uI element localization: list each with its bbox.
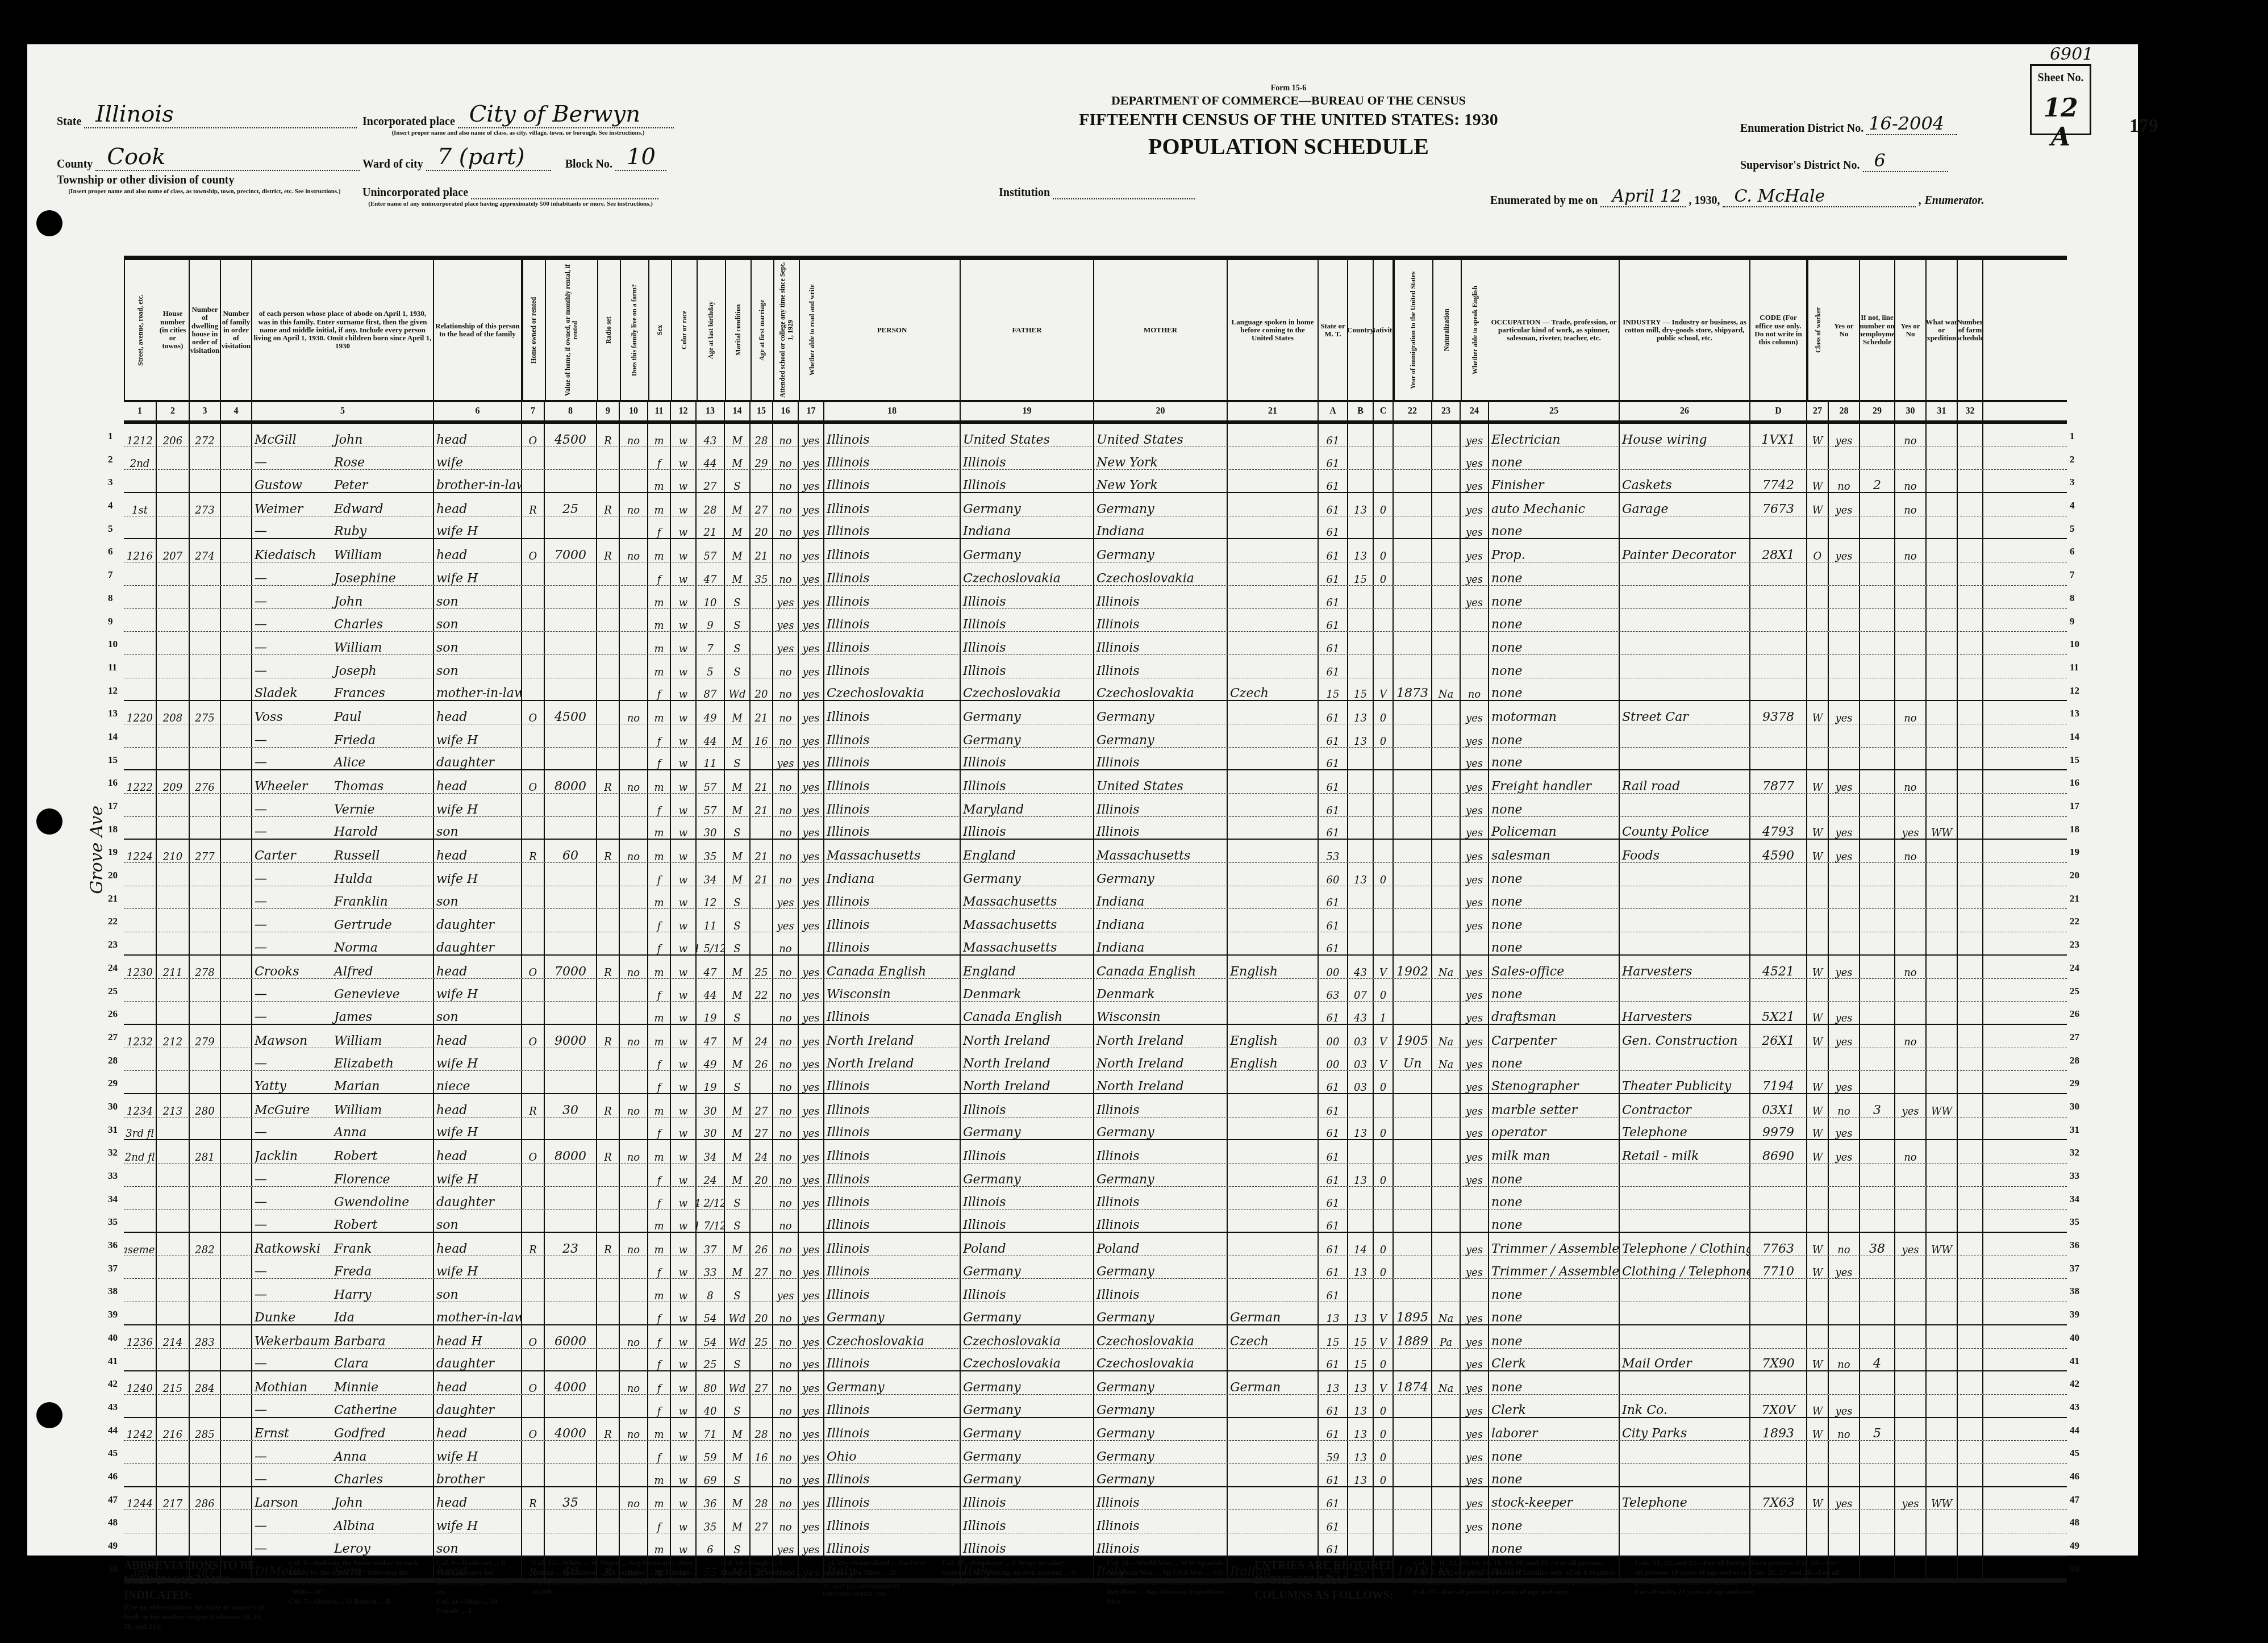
immig-cell (1394, 424, 1432, 447)
age-cell: 47 (697, 1025, 725, 1048)
war-cell (1927, 424, 1958, 447)
relation-cell: daughter (434, 909, 522, 932)
read-cell: yes (799, 470, 824, 492)
line-number: 10 (108, 639, 118, 650)
school-cell: no (773, 701, 799, 724)
vet-cell (1895, 724, 1927, 747)
bp-person-cell: Illinois (824, 701, 961, 724)
given-name: William (334, 549, 382, 562)
age-marr-cell: 21 (751, 840, 773, 862)
cC-cell: 0 (1374, 1117, 1394, 1140)
work-cell (1829, 1302, 1860, 1324)
house-cell: 215 (157, 1371, 190, 1394)
bp-person-cell: Illinois (824, 1210, 961, 1232)
immig-cell (1394, 562, 1432, 585)
english-cell: yes (1461, 794, 1489, 816)
relation-cell: wife H (434, 724, 522, 747)
radio-cell: R (597, 1418, 620, 1441)
tongue-cell: Czech (1228, 1325, 1319, 1348)
bp-mother-cell: Illinois (1094, 609, 1228, 632)
bp-mother-cell: Illinois (1094, 794, 1228, 816)
dwelling-cell: 281 (190, 1140, 221, 1163)
class-cell: W (1807, 493, 1829, 516)
bp-mother-cell: Illinois (1094, 817, 1228, 839)
unemp-cell: 5 (1860, 1418, 1895, 1441)
code-cell (1750, 886, 1807, 909)
age-cell: 57 (697, 794, 725, 816)
cA-cell: 61 (1319, 1140, 1348, 1163)
cA-cell: 61 (1319, 632, 1348, 654)
bp-father-cell: Maryland (961, 794, 1094, 816)
owned-cell: O (522, 1140, 545, 1163)
tongue-cell (1228, 1256, 1319, 1279)
name-cell: DunkeIda (252, 1302, 434, 1324)
vet-cell (1895, 562, 1927, 585)
line-number: 45 (108, 1448, 118, 1459)
instructions-footer: ABBREVIATIONS TO BE USED IN COLUMNS INDI… (124, 1558, 2067, 1609)
war-cell (1927, 1187, 1958, 1210)
relation-cell: son (434, 609, 522, 632)
enumerated-field: Enumerated by me on April 12 , 1930, C. … (1490, 186, 1984, 207)
vet-cell (1895, 1256, 1927, 1279)
vet-cell: no (1895, 770, 1927, 793)
column-number: 14 (725, 402, 751, 420)
enumerator-name: C. McHale (1723, 186, 1825, 206)
school-cell: yes (773, 909, 799, 932)
relation-cell: mother-in-law (434, 1302, 522, 1324)
vet-cell (1895, 794, 1927, 816)
war-cell (1927, 863, 1958, 886)
radio-cell (597, 678, 620, 700)
dwelling-cell: 276 (190, 770, 221, 793)
radio-cell: R (597, 424, 620, 447)
farm-cell: no (620, 1325, 648, 1348)
work-cell (1829, 1371, 1860, 1394)
line-number: 36 (2070, 1240, 2079, 1251)
table-row: 1010—Williamsonmw7SyesyesIllinoisIllinoi… (124, 632, 2067, 655)
english-cell (1461, 609, 1489, 632)
family-cell (221, 724, 252, 747)
bp-person-cell: Illinois (824, 424, 961, 447)
owned-cell: R (522, 840, 545, 862)
line-number: 15 (2070, 754, 2079, 766)
class-cell: W (1807, 424, 1829, 447)
line-number: 46 (2070, 1471, 2079, 1482)
natur-cell (1432, 1187, 1461, 1210)
cA-cell: 61 (1319, 1071, 1348, 1093)
vet-cell (1895, 863, 1927, 886)
work-cell (1829, 1325, 1860, 1348)
read-cell (799, 1210, 824, 1232)
race-cell: w (671, 1117, 697, 1140)
code-cell: 4793 (1750, 817, 1807, 839)
owned-cell (522, 1533, 545, 1556)
farm-cell (620, 516, 648, 539)
age-cell: 47 (697, 562, 725, 585)
line-number: 11 (108, 662, 117, 673)
family-cell (221, 609, 252, 632)
occupation-cell: Trimmer / Assembler (1489, 1233, 1620, 1256)
unemp-cell (1860, 956, 1895, 978)
tongue-cell: English (1228, 956, 1319, 978)
age-marr-cell (751, 817, 773, 839)
family-cell (221, 1210, 252, 1232)
immig-cell (1394, 1279, 1432, 1302)
race-cell: w (671, 632, 697, 654)
vet-cell (1895, 1325, 1927, 1348)
family-cell (221, 863, 252, 886)
given-name: Thomas (334, 781, 383, 793)
incorporated-place-value: City of Berwyn (458, 101, 640, 127)
farm-cell (620, 655, 648, 678)
bp-mother-cell: Canada English (1094, 956, 1228, 978)
house-cell (157, 447, 190, 470)
sex-cell: m (648, 632, 671, 654)
farm-sched-cell (1958, 1164, 1983, 1186)
cC-cell: 1 (1374, 1002, 1394, 1024)
war-cell (1927, 1371, 1958, 1394)
tongue-cell (1228, 424, 1319, 447)
race-cell: w (671, 1071, 697, 1093)
work-cell: yes (1829, 1071, 1860, 1093)
farm-cell: no (620, 1233, 648, 1256)
cC-cell (1374, 840, 1394, 862)
radio-cell (597, 1325, 620, 1348)
class-cell: W (1807, 1487, 1829, 1510)
house-cell (157, 1464, 190, 1486)
work-cell: yes (1829, 1025, 1860, 1048)
age-marr-cell: 28 (751, 1418, 773, 1441)
immig-cell (1394, 516, 1432, 539)
class-cell (1807, 1533, 1829, 1556)
line-number: 37 (2070, 1263, 2079, 1274)
natur-cell (1432, 701, 1461, 724)
farm-cell (620, 1210, 648, 1232)
vet-cell: no (1895, 840, 1927, 862)
farm-cell (620, 748, 648, 770)
surname: — (255, 826, 334, 839)
bp-father-cell: England (961, 840, 1094, 862)
surname: McGill (255, 434, 334, 447)
immig-cell (1394, 794, 1432, 816)
street-cell: 1234 (124, 1094, 157, 1117)
line-number: 4 (2070, 500, 2075, 511)
marital-cell: M (725, 863, 751, 886)
owned-cell: O (522, 701, 545, 724)
school-cell: yes (773, 586, 799, 608)
age-cell: 27 (697, 470, 725, 492)
natur-cell (1432, 632, 1461, 654)
value-cell (545, 1279, 597, 1302)
war-cell (1927, 724, 1958, 747)
owned-cell (522, 1441, 545, 1463)
cC-cell: 0 (1374, 1349, 1394, 1371)
code-cell (1750, 1164, 1807, 1186)
table-row: 42421240215284MothianMinnieheadO4000nofw… (124, 1371, 2067, 1395)
farm-sched-cell (1958, 1117, 1983, 1140)
surname: — (255, 1404, 334, 1417)
unemp-cell (1860, 886, 1895, 909)
age-marr-cell: 24 (751, 1140, 773, 1163)
natur-cell (1432, 748, 1461, 770)
surname: — (255, 942, 334, 954)
cC-cell (1374, 909, 1394, 932)
name-cell: —Harry (252, 1279, 434, 1302)
age-marr-cell: 21 (751, 701, 773, 724)
tongue-cell (1228, 1117, 1319, 1140)
name-cell: SladekFrances (252, 678, 434, 700)
line-number: 26 (108, 1008, 118, 1020)
relation-cell: son (434, 632, 522, 654)
race-cell: w (671, 1441, 697, 1463)
cC-cell (1374, 748, 1394, 770)
code-cell (1750, 1048, 1807, 1071)
age-marr-cell (751, 586, 773, 608)
english-cell: yes (1461, 1302, 1489, 1324)
dwelling-cell: 283 (190, 1325, 221, 1348)
column-number-row: 123456789101112131415161718192021ABC2223… (124, 402, 2067, 424)
occupation-cell: none (1489, 724, 1620, 747)
line-number: 50 (108, 1563, 118, 1575)
bp-mother-cell: Massachusetts (1094, 840, 1228, 862)
radio-cell (597, 1510, 620, 1533)
cB-cell (1348, 1210, 1374, 1232)
house-cell (157, 909, 190, 932)
street-cell (124, 609, 157, 632)
owned-cell: O (522, 539, 545, 562)
race-cell: w (671, 1210, 697, 1232)
cB-cell: 13 (1348, 1164, 1374, 1186)
age-cell: 12 (697, 886, 725, 909)
occupation-cell: Clerk (1489, 1349, 1620, 1371)
school-cell: no (773, 424, 799, 447)
sheet-number-box: Sheet No. 12 A (2030, 64, 2091, 135)
industry-cell (1620, 655, 1750, 678)
age-marr-cell: 28 (751, 1487, 773, 1510)
bp-person-cell: Illinois (824, 724, 961, 747)
unemp-cell (1860, 655, 1895, 678)
code-cell (1750, 724, 1807, 747)
cC-cell (1374, 632, 1394, 654)
industry-cell (1620, 909, 1750, 932)
war-cell (1927, 1002, 1958, 1024)
school-cell: no (773, 1464, 799, 1486)
street-cell (124, 562, 157, 585)
given-name: Freda (334, 1266, 372, 1278)
natur-cell (1432, 1487, 1461, 1510)
marital-cell: S (725, 655, 751, 678)
surname: — (255, 989, 334, 1001)
farm-cell (620, 794, 648, 816)
radio-cell (597, 586, 620, 608)
work-cell: yes (1829, 1002, 1860, 1024)
bp-person-cell: Germany (824, 1371, 961, 1394)
war-cell (1927, 1025, 1958, 1048)
immig-cell (1394, 493, 1432, 516)
english-cell: no (1461, 678, 1489, 700)
cB-cell (1348, 1140, 1374, 1163)
code-cell (1750, 562, 1807, 585)
line-number: 1 (108, 431, 113, 442)
age-marr-cell: 27 (751, 1256, 773, 1279)
owned-cell (522, 447, 545, 470)
cA-cell: 53 (1319, 840, 1348, 862)
name-cell: WheelerThomas (252, 770, 434, 793)
farm-sched-cell (1958, 1418, 1983, 1441)
table-row: 30301234213280McGuireWilliamheadR30Rnomw… (124, 1094, 2067, 1117)
given-name: Clara (334, 1358, 369, 1370)
farm-cell (620, 1048, 648, 1071)
war-cell (1927, 609, 1958, 632)
natur-cell (1432, 909, 1461, 932)
farm-cell (620, 1533, 648, 1556)
owned-cell (522, 632, 545, 654)
value-cell: 8000 (545, 1140, 597, 1163)
work-cell (1829, 678, 1860, 700)
line-number: 13 (108, 708, 118, 719)
column-number: 7 (522, 402, 545, 420)
given-name: John (334, 1497, 362, 1509)
column-header-bp-mother: MOTHER (1094, 260, 1228, 400)
cB-cell: 03 (1348, 1071, 1374, 1093)
read-cell: yes (799, 678, 824, 700)
age-cell: 49 (697, 701, 725, 724)
unemp-cell (1860, 1395, 1895, 1417)
bp-father-cell: Illinois (961, 609, 1094, 632)
surname: Voss (255, 711, 334, 724)
unemp-cell (1860, 863, 1895, 886)
vet-cell: no (1895, 956, 1927, 978)
immig-cell (1394, 909, 1432, 932)
industry-cell (1620, 794, 1750, 816)
line-number: 47 (108, 1494, 118, 1506)
owned-cell (522, 1210, 545, 1232)
immig-cell (1394, 701, 1432, 724)
tongue-cell: Czech (1228, 678, 1319, 700)
cB-cell: 03 (1348, 1025, 1374, 1048)
column-header-vet: Yes or No (1895, 260, 1927, 400)
given-name: Russell (334, 850, 380, 862)
relation-cell: head (434, 701, 522, 724)
farm-sched-cell (1958, 840, 1983, 862)
bp-mother-cell: Germany (1094, 1117, 1228, 1140)
line-number: 38 (2070, 1286, 2079, 1297)
immig-cell (1394, 1210, 1432, 1232)
age-marr-cell (751, 655, 773, 678)
school-cell: no (773, 979, 799, 1002)
table-row: 4646—Charlesbrothermw69SnoyesIllinoisGer… (124, 1464, 2067, 1487)
relation-cell: brother-in-law (434, 470, 522, 492)
war-cell: WW (1927, 1094, 1958, 1117)
house-cell (157, 1071, 190, 1093)
vet-cell (1895, 655, 1927, 678)
english-cell: yes (1461, 701, 1489, 724)
house-cell (157, 1279, 190, 1302)
unemp-cell: 4 (1860, 1349, 1895, 1371)
house-cell: 206 (157, 424, 190, 447)
table-row: 3636Basement282RatkowskiFrankheadR23Rnom… (124, 1233, 2067, 1256)
code-cell (1750, 609, 1807, 632)
house-cell: 212 (157, 1025, 190, 1048)
work-cell: no (1829, 1233, 1860, 1256)
english-cell: yes (1461, 1395, 1489, 1417)
bp-mother-cell: Germany (1094, 539, 1228, 562)
dwelling-cell (190, 1510, 221, 1533)
tongue-cell (1228, 770, 1319, 793)
class-cell (1807, 863, 1829, 886)
natur-cell (1432, 1256, 1461, 1279)
bp-person-cell: Indiana (824, 863, 961, 886)
unemp-cell (1860, 1025, 1895, 1048)
census-title: FIFTEENTH CENSUS OF THE UNITED STATES: 1… (1004, 110, 1573, 130)
vet-cell (1895, 678, 1927, 700)
family-cell (221, 1233, 252, 1256)
cB-cell (1348, 886, 1374, 909)
cA-cell: 61 (1319, 1395, 1348, 1417)
line-number: 7 (108, 569, 113, 581)
column-header-occupation: OCCUPATION — Trade, profession, or parti… (1489, 260, 1620, 400)
line-number: 50 (2070, 1563, 2079, 1575)
radio-cell (597, 655, 620, 678)
marital-cell: S (725, 932, 751, 954)
war-cell (1927, 1349, 1958, 1371)
bp-father-cell: Illinois (961, 632, 1094, 654)
immig-cell (1394, 1256, 1432, 1279)
immig-cell (1394, 1140, 1432, 1163)
cC-cell: 0 (1374, 1164, 1394, 1186)
read-cell: yes (799, 632, 824, 654)
cA-cell: 61 (1319, 516, 1348, 539)
bp-father-cell: Illinois (961, 1487, 1094, 1510)
tongue-cell (1228, 562, 1319, 585)
read-cell: yes (799, 956, 824, 978)
english-cell (1461, 932, 1489, 954)
form-title: Form 15-6 DEPARTMENT OF COMMERCE—BUREAU … (1004, 84, 1573, 160)
marital-cell: M (725, 493, 751, 516)
radio-cell (597, 1533, 620, 1556)
house-cell (157, 1533, 190, 1556)
industry-cell (1620, 609, 1750, 632)
work-cell (1829, 1048, 1860, 1071)
war-cell (1927, 1279, 1958, 1302)
natur-cell (1432, 770, 1461, 793)
age-marr-cell (751, 886, 773, 909)
english-cell: yes (1461, 562, 1489, 585)
english-cell: yes (1461, 424, 1489, 447)
industry-cell (1620, 1279, 1750, 1302)
work-cell (1829, 1279, 1860, 1302)
line-number: 49 (108, 1540, 118, 1552)
sex-cell: f (648, 979, 671, 1002)
vet-cell (1895, 1395, 1927, 1417)
street-cell (124, 1164, 157, 1186)
tongue-cell (1228, 1187, 1319, 1210)
value-cell (545, 1302, 597, 1324)
farm-cell (620, 1441, 648, 1463)
natur-cell (1432, 1094, 1461, 1117)
race-cell: w (671, 1533, 697, 1556)
farm-cell (620, 1510, 648, 1533)
name-cell: —Hulda (252, 863, 434, 886)
code-cell (1750, 632, 1807, 654)
natur-cell (1432, 1533, 1461, 1556)
radio-cell (597, 1395, 620, 1417)
tongue-cell (1228, 447, 1319, 470)
value-cell: 23 (545, 1233, 597, 1256)
sex-cell: f (648, 1071, 671, 1093)
bp-person-cell: Germany (824, 1302, 961, 1324)
war-cell (1927, 1464, 1958, 1486)
